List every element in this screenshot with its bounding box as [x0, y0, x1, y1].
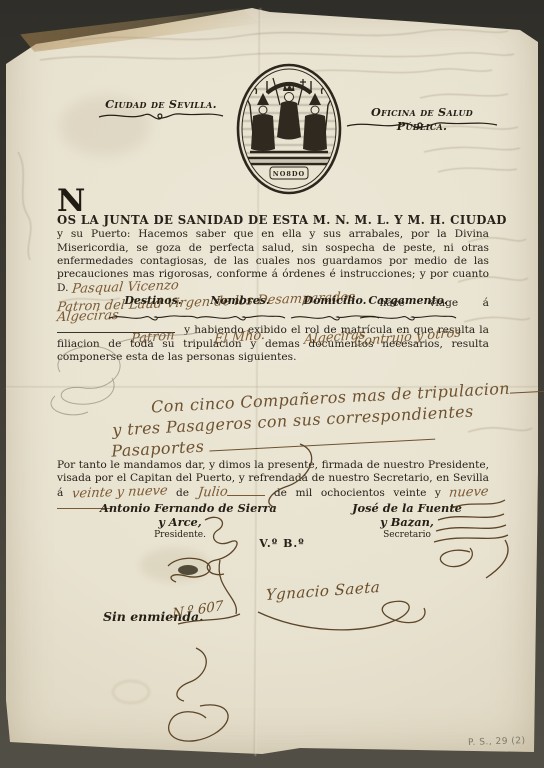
president-title: Presidente.: [100, 530, 260, 540]
president-name-2: y Arce,: [100, 516, 260, 530]
handwritten-entry: Patron: [131, 328, 175, 347]
handwritten-year: nueve: [449, 485, 490, 500]
secretary-name: José de la Fuente: [352, 502, 462, 516]
printed-de: de: [176, 487, 189, 499]
visto-bueno-label: V.º B.º: [250, 537, 314, 550]
president-signature-block: Antonio Fernando de Sierra y Arce, Presi…: [100, 502, 260, 540]
underline-flourish-left: [96, 110, 226, 122]
note-dash: [510, 380, 544, 394]
seville-city-seal: NO8DO: [236, 63, 342, 195]
column-header: Destinos.: [105, 294, 201, 307]
port-captain-signature: Ygnacio Saeta: [238, 576, 408, 606]
closing-year-text: de mil ochocientos veinte y: [274, 487, 441, 499]
secretary-title: Secretario: [352, 530, 462, 540]
handwritten-month: Julio: [197, 485, 228, 499]
drop-cap-initial: N: [57, 189, 85, 214]
handwritten-day: veinte y nueve: [71, 484, 168, 501]
underline-flourish-right: [344, 119, 500, 131]
secretary-signature-block: José de la Fuente y Bazan, Secretario: [352, 502, 462, 540]
underline-flourish: [107, 313, 199, 322]
junta-title-line: OS LA JUNTA DE SANIDAD DE ESTA M. N. M. …: [57, 213, 507, 227]
underline-flourish: [195, 313, 287, 322]
note-line: Pasaportes: [111, 437, 205, 461]
office-left-label: Ciudad de Sevilla.: [98, 97, 224, 111]
table-column-cargamento: Cargamento. Contrujo y otros: [350, 294, 466, 345]
document-scan: Ciudad de Sevilla. Oficina de Salud Públ…: [0, 0, 544, 768]
handwritten-entry: El Mho.: [214, 328, 266, 348]
month-dash: [227, 487, 265, 496]
archive-reference: P. S., 29 (2): [468, 736, 526, 748]
handwritten-crew-note: Con cinco Compañeros mas de tripulacion …: [107, 377, 520, 461]
table-column-nombres: Nombres. El Mho.: [195, 294, 285, 345]
secretary-name-2: y Bazan,: [352, 516, 462, 530]
president-name: Antonio Fernando de Sierra: [100, 502, 260, 516]
seal-motto: NO8DO: [273, 170, 305, 178]
underline-flourish: [358, 313, 458, 322]
column-header: Cargamento.: [350, 294, 466, 307]
table-column-destinos: Destinos. Patron: [105, 294, 201, 345]
column-header: Nombres.: [195, 294, 285, 307]
